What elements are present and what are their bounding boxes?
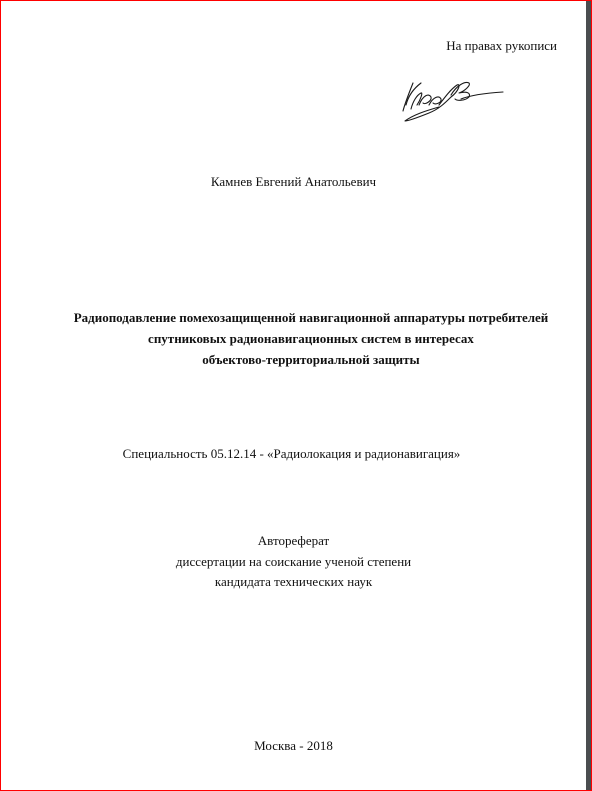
abstract-line: диссертации на соискание ученой степени [1, 552, 586, 573]
title-line: Радиоподавление помехозащищенной навигац… [1, 307, 592, 328]
manuscript-rights-note: На правах рукописи [446, 38, 557, 54]
signature-icon [399, 75, 507, 127]
specialty-line: Специальность 05.12.14 - «Радиолокация и… [0, 446, 584, 462]
dissertation-title: Радиоподавление помехозащищенной навигац… [1, 307, 592, 370]
author-name: Камнев Евгений Анатольевич [1, 174, 586, 190]
document-viewer: На правах рукописи Камнев Евгений Анатол… [0, 0, 592, 791]
abstract-description: Автореферат диссертации на соискание уче… [1, 531, 586, 593]
abstract-line: Автореферат [1, 531, 586, 552]
abstract-line: кандидата технических наук [1, 572, 586, 593]
city-year: Москва - 2018 [1, 738, 586, 754]
document-page: На правах рукописи Камнев Евгений Анатол… [1, 1, 586, 790]
title-line: спутниковых радионавигационных систем в … [1, 328, 592, 349]
title-line: объектово-территориальной защиты [1, 349, 592, 370]
vertical-scrollbar[interactable] [586, 1, 591, 790]
